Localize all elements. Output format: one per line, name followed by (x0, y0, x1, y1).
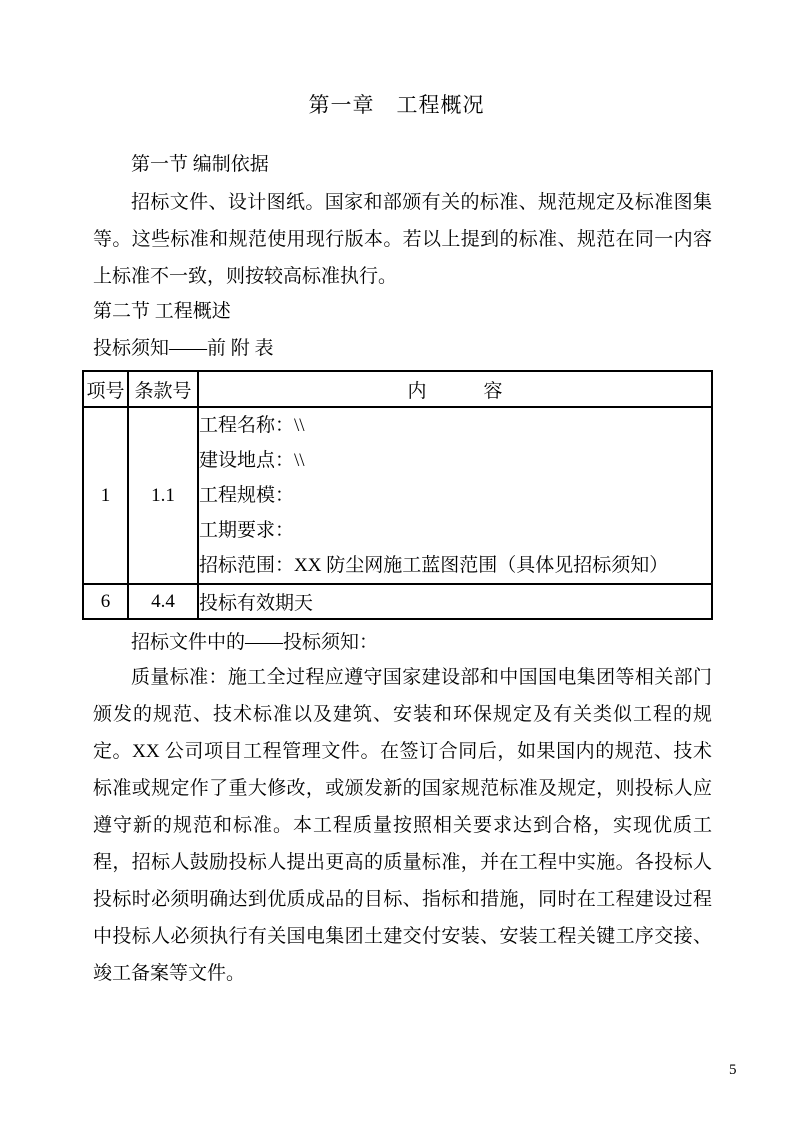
table-row: 1 1.1 工程名称：\\ 建设地点：\\ 工程规模： 工期要求： 招标范围：X… (83, 407, 712, 584)
section2-heading: 第二节 工程概述 (93, 293, 231, 330)
content-line-location: 建设地点：\\ (199, 443, 711, 478)
col-header-clause-no: 条款号 (128, 371, 198, 407)
item-no-cell: 6 (83, 584, 128, 619)
content-cell: 工程名称：\\ 建设地点：\\ 工程规模： 工期要求： 招标范围：XX 防尘网施… (198, 407, 712, 584)
chapter-title: 第一章 工程概况 (0, 92, 793, 118)
content-line-project-name: 工程名称：\\ (199, 408, 711, 443)
table-row: 6 4.4 投标有效期天 (83, 584, 712, 619)
content-line-scale: 工程规模： (199, 478, 711, 513)
table-header-row: 项号 条款号 内 容 (83, 371, 712, 407)
notice-line: 招标文件中的——投标须知： (93, 624, 712, 661)
content-line-scope: 招标范围：XX 防尘网施工蓝图范围（具体见招标须知） (199, 548, 711, 583)
col-header-content: 内 容 (198, 371, 712, 407)
section1-heading: 第一节 编制依据 (93, 146, 269, 183)
clause-no-cell: 1.1 (128, 407, 198, 584)
clause-no-cell: 4.4 (128, 584, 198, 619)
col-header-item-no: 项号 (83, 371, 128, 407)
bid-notice-table: 项号 条款号 内 容 1 1.1 工程名称：\\ 建设地点：\\ 工程规模： 工… (82, 370, 713, 620)
page-number: 5 (729, 1060, 737, 1080)
content-cell: 投标有效期天 (198, 584, 712, 619)
content-line-duration: 工期要求： (199, 513, 711, 548)
table-caption: 投标须知——前 附 表 (93, 330, 274, 367)
document-page: 第一章 工程概况 第一节 编制依据 招标文件、设计图纸。国家和部颁有关的标准、规… (0, 0, 793, 1122)
item-no-cell: 1 (83, 407, 128, 584)
section1-paragraph: 招标文件、设计图纸。国家和部颁有关的标准、规范规定及标准图集等。这些标准和规范使… (93, 184, 712, 295)
quality-standard-paragraph: 质量标准：施工全过程应遵守国家建设部和中国国电集团等相关部门颁发的规范、技术标准… (93, 659, 712, 992)
